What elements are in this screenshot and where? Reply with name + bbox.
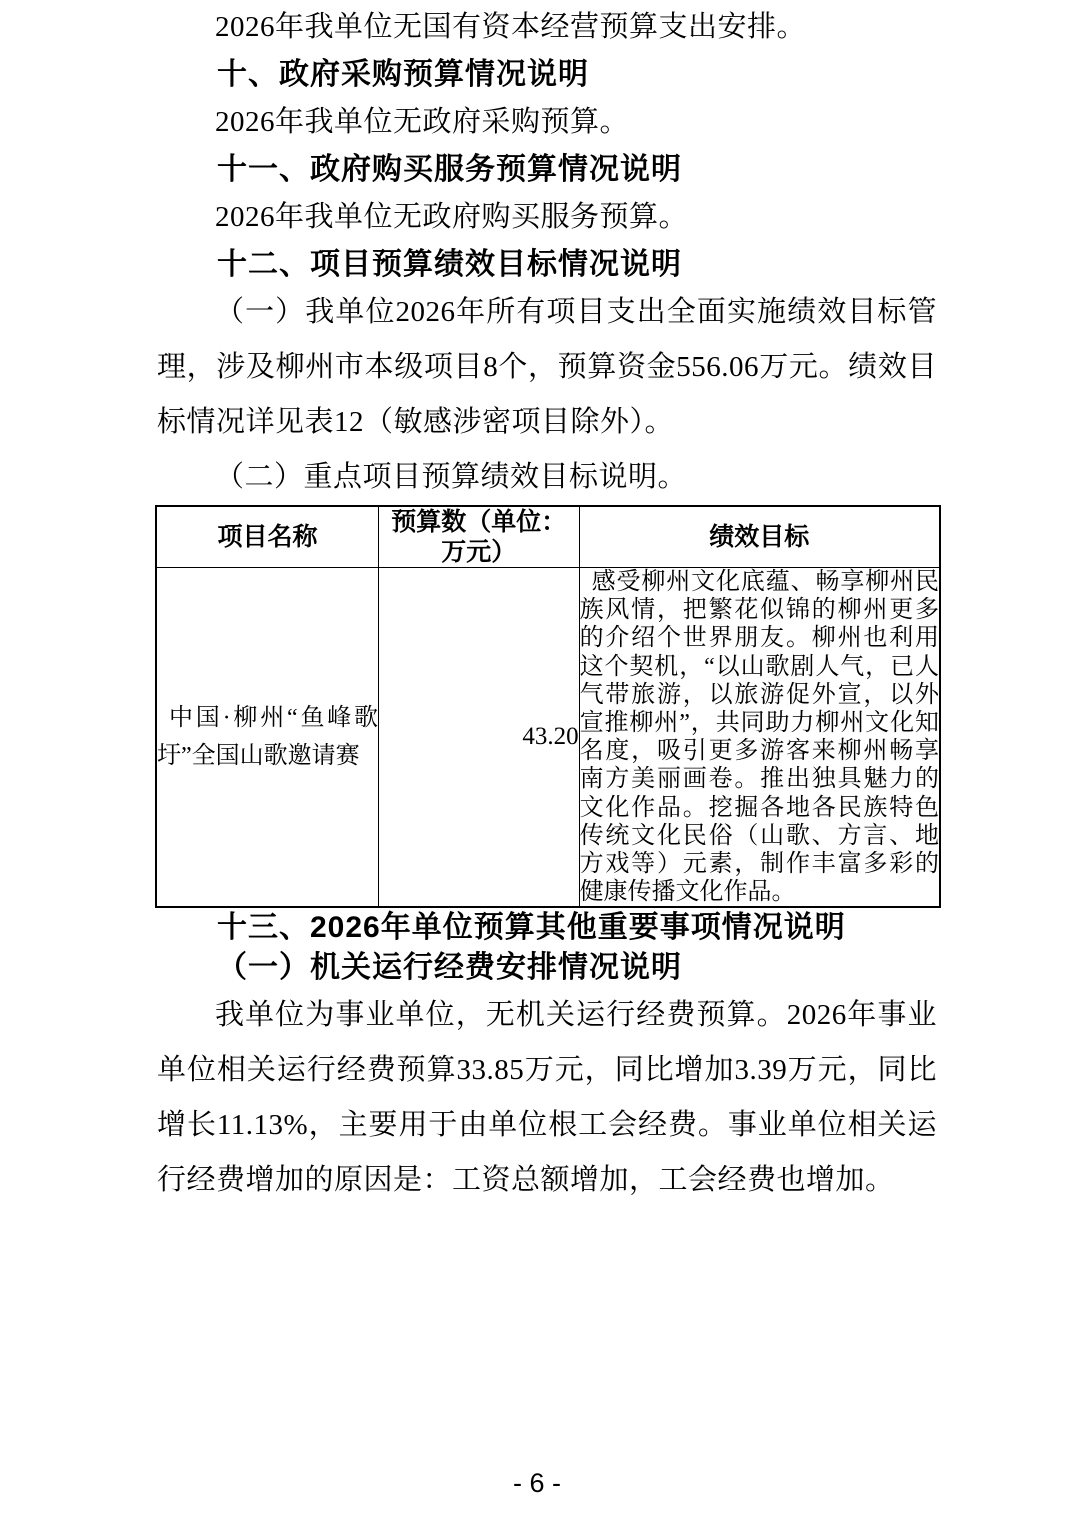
para-no-gov-procurement: 2026年我单位无政府采购预算。 — [157, 95, 937, 150]
para-no-state-capital-budget: 2026年我单位无国有资本经营预算支出安排。 — [157, 0, 937, 55]
para-performance-target-overview: （一）我单位2026年所有项目支出全面实施绩效目标管理，涉及柳州市本级项目8个，… — [157, 285, 937, 450]
page-number: - 6 - — [0, 1468, 1074, 1499]
heading-13-1-operating-expense: （一）机关运行经费安排情况说明 — [157, 948, 937, 988]
table-header-row: 项目名称 预算数（单位：万元） 绩效目标 — [156, 506, 940, 568]
para-operating-expense-detail: 我单位为事业单位，无机关运行经费预算。2026年事业单位相关运行经费预算33.8… — [157, 988, 937, 1208]
column-header-performance-goal: 绩效目标 — [579, 506, 940, 568]
performance-target-table: 项目名称 预算数（单位：万元） 绩效目标 中国·柳州“鱼峰歌圩”全国山歌邀请赛 … — [155, 505, 941, 908]
document-content: 2026年我单位无国有资本经营预算支出安排。 十、政府采购预算情况说明 2026… — [157, 0, 937, 1208]
document-page: 2026年我单位无国有资本经营预算支出安排。 十、政府采购预算情况说明 2026… — [0, 0, 1074, 1520]
table-row: 中国·柳州“鱼峰歌圩”全国山歌邀请赛 43.20 感受柳州文化底蕴、畅享柳州民族… — [156, 568, 940, 908]
cell-budget-amount: 43.20 — [379, 568, 580, 908]
heading-section-10-gov-procurement: 十、政府采购预算情况说明 — [157, 55, 937, 95]
column-header-project-name: 项目名称 — [156, 506, 379, 568]
cell-project-name: 中国·柳州“鱼峰歌圩”全国山歌邀请赛 — [156, 568, 379, 908]
column-header-budget-amount: 预算数（单位：万元） — [379, 506, 580, 568]
heading-section-11-gov-service-purchase: 十一、政府购买服务预算情况说明 — [157, 150, 937, 190]
heading-section-12-performance-targets: 十二、项目预算绩效目标情况说明 — [157, 245, 937, 285]
cell-performance-goal: 感受柳州文化底蕴、畅享柳州民族风情，把繁花似锦的柳州更多的介绍个世界朋友。柳州也… — [579, 568, 940, 908]
para-key-project-performance-intro: （二）重点项目预算绩效目标说明。 — [157, 450, 937, 505]
para-no-gov-service-purchase: 2026年我单位无政府购买服务预算。 — [157, 190, 937, 245]
heading-section-13-other-important-matters: 十三、2026年单位预算其他重要事项情况说明 — [157, 908, 937, 948]
